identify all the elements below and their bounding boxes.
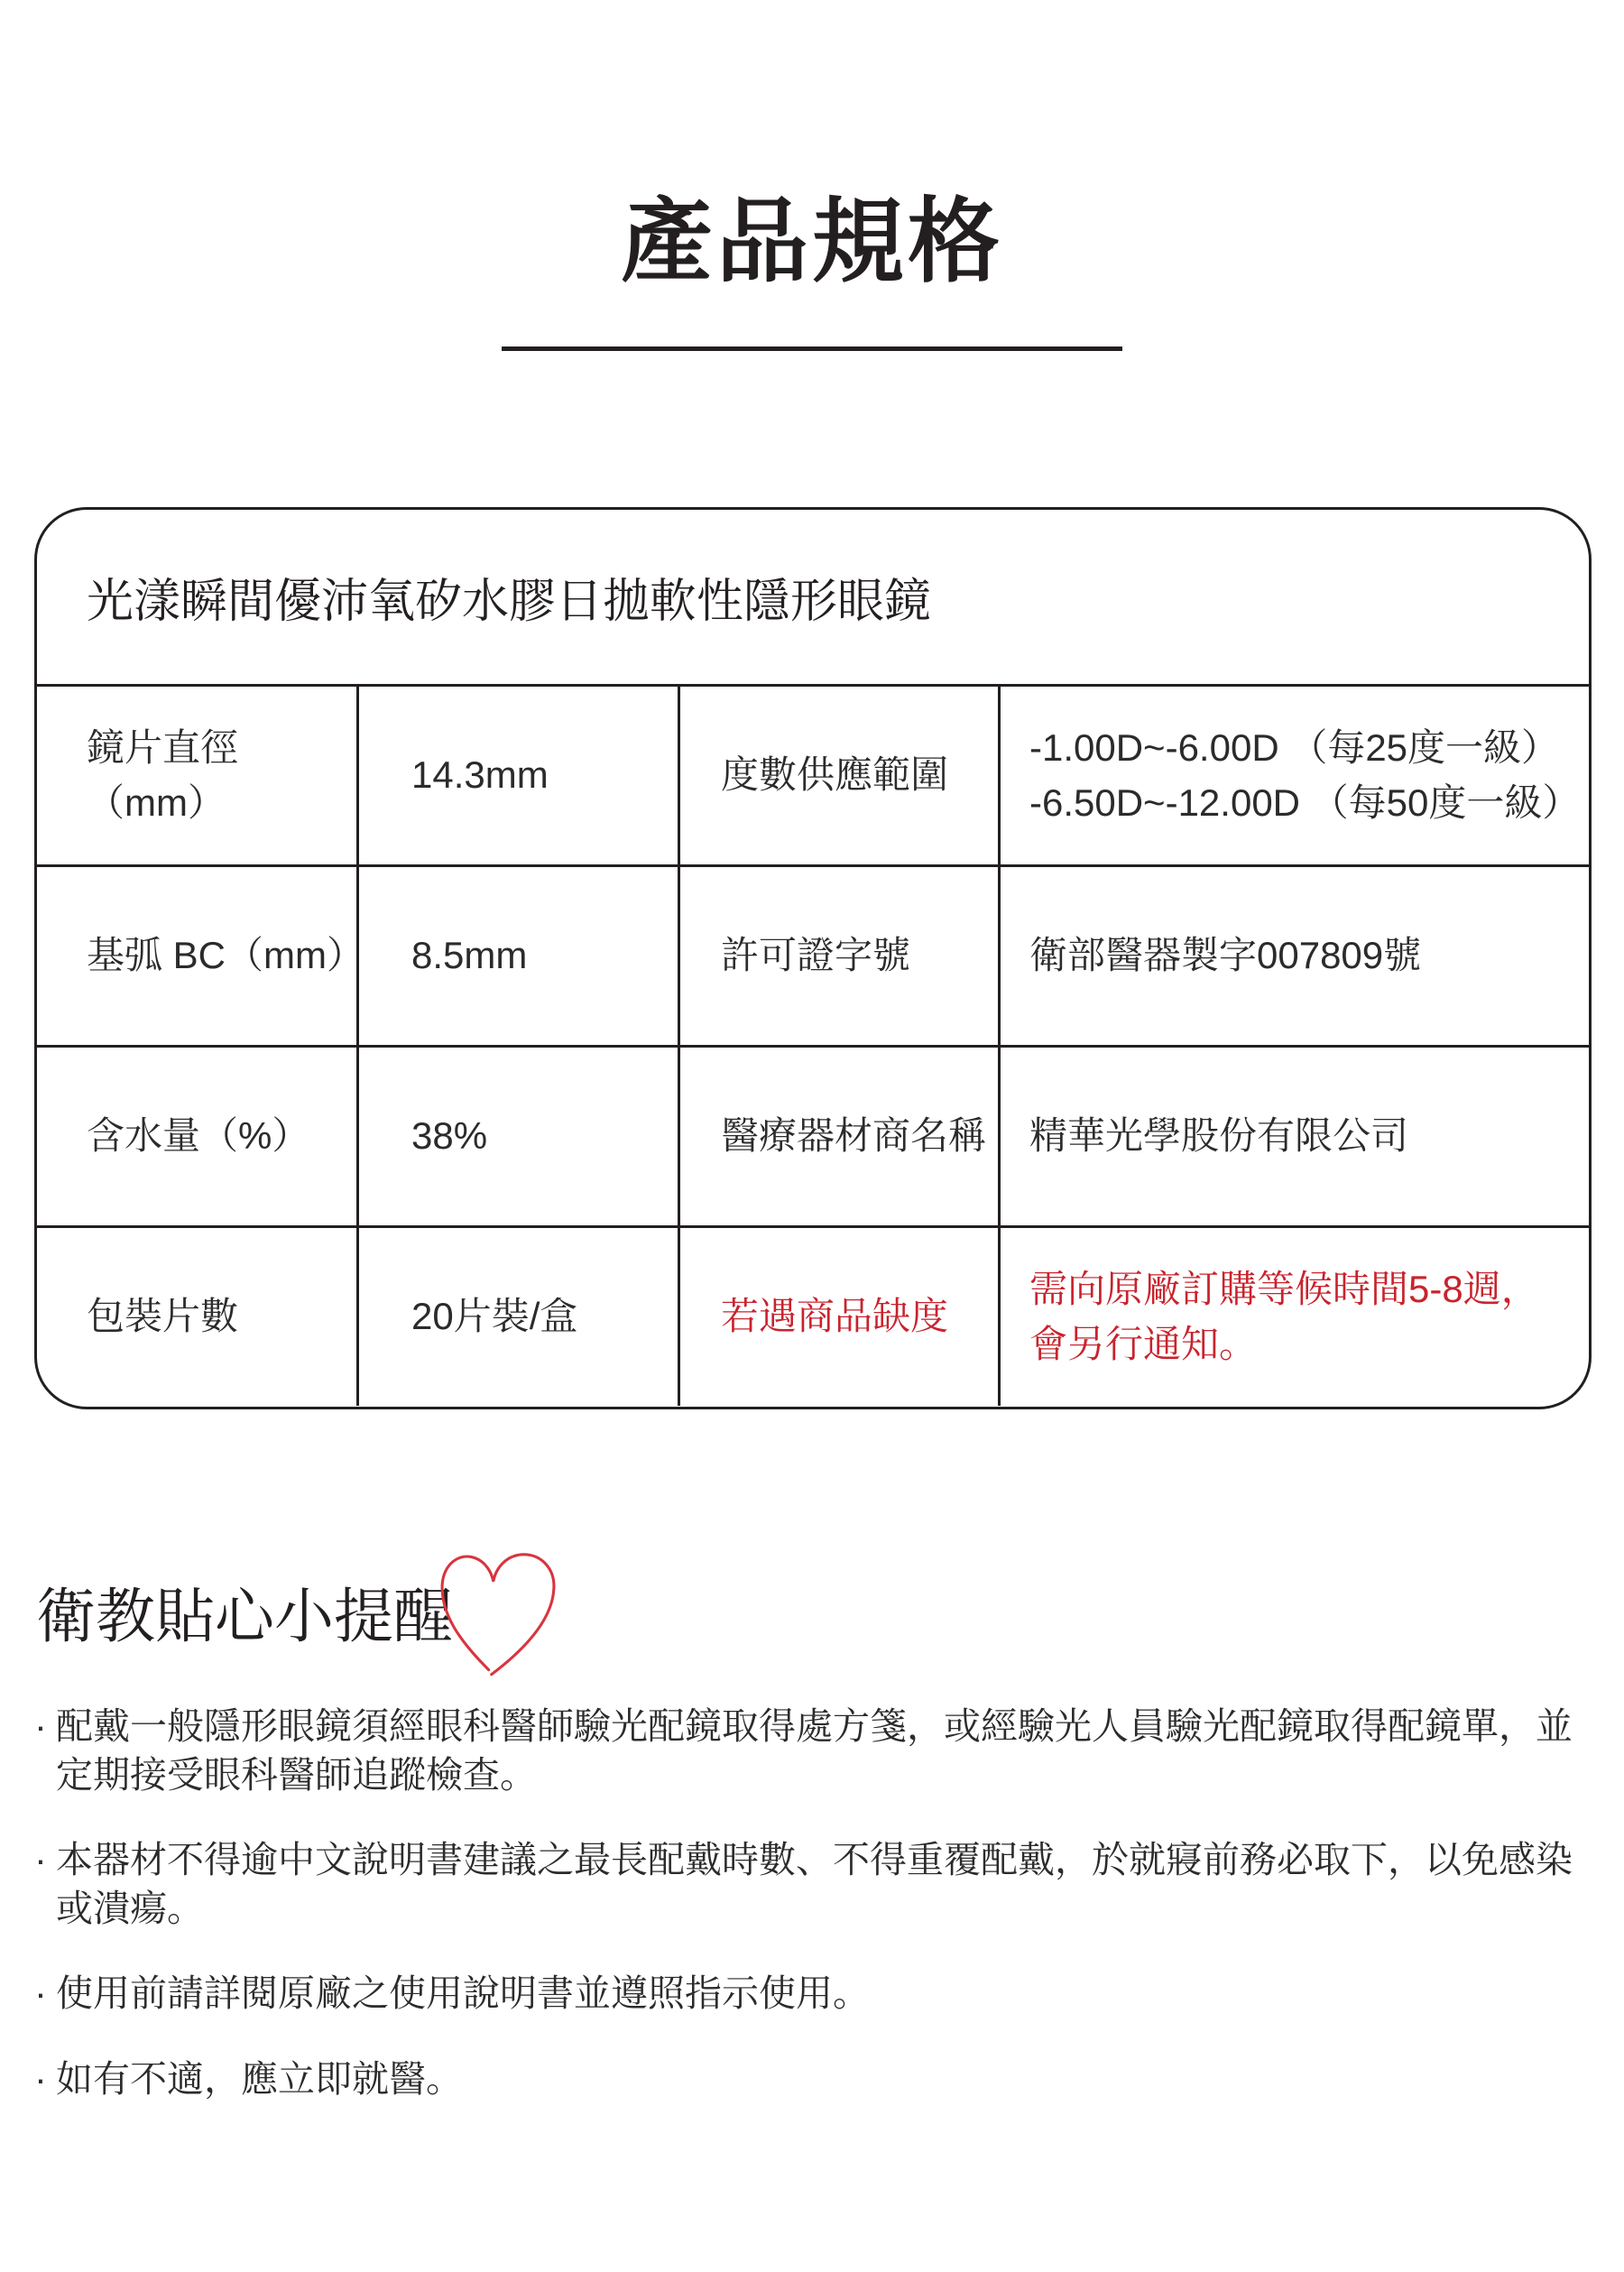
row-label-2: 許可證字號: [678, 864, 998, 1045]
bullet-text: 如有不適，應立即就醫。: [56, 2055, 1604, 2103]
row-value-1: 20片裝/盒: [356, 1225, 678, 1406]
table-row: 鏡片直徑（mm） 14.3mm 度數供應範圍 -1.00D~-6.00D （每2…: [37, 684, 1589, 864]
list-item: · 本器材不得逾中文說明書建議之最長配戴時數、不得重覆配戴，於就寢前務必取下，以…: [25, 1835, 1604, 1933]
table-row: 包裝片數 20片裝/盒 若遇商品缺度 需向原廠訂購等候時間5-8週，會另行通知。: [37, 1225, 1589, 1406]
row-value-1: 14.3mm: [356, 684, 678, 864]
value-line: -6.50D~-12.00D （每50度一級）: [1029, 776, 1571, 831]
reminder-heading: 衛教貼心小提醒: [36, 1581, 453, 1652]
value-line: -1.00D~-6.00D （每25度一級）: [1029, 721, 1571, 776]
spec-table-body: 鏡片直徑（mm） 14.3mm 度數供應範圍 -1.00D~-6.00D （每2…: [37, 684, 1589, 1406]
spec-table: 光漾瞬間優沛氧矽水膠日拋軟性隱形眼鏡 鏡片直徑（mm） 14.3mm 度數供應範…: [34, 507, 1592, 1409]
row-label-1: 基弧 BC（mm）: [37, 864, 356, 1045]
list-item: · 如有不適，應立即就醫。: [25, 2055, 1604, 2103]
title-underline: [502, 346, 1122, 351]
row-value-2: 衛部醫器製字007809號: [998, 864, 1589, 1045]
row-value-2: -1.00D~-6.00D （每25度一級）-6.50D~-12.00D （每5…: [998, 684, 1589, 864]
value-line: 需向原廠訂購等候時間5-8週，: [1029, 1262, 1571, 1317]
value-line: 會另行通知。: [1029, 1317, 1571, 1372]
bullet-glyph: ·: [25, 1835, 56, 1884]
row-label-2: 若遇商品缺度: [678, 1225, 998, 1406]
list-item: · 配戴一般隱形眼鏡須經眼科醫師驗光配鏡取得處方箋，或經驗光人員驗光配鏡取得配鏡…: [25, 1702, 1604, 1799]
reminder-bullet-list: · 配戴一般隱形眼鏡須經眼科醫師驗光配鏡取得處方箋，或經驗光人員驗光配鏡取得配鏡…: [25, 1702, 1604, 2139]
value-line: 衛部醫器製字007809號: [1029, 928, 1571, 984]
bullet-glyph: ·: [25, 1702, 56, 1750]
row-value-2: 精華光學股份有限公司: [998, 1045, 1589, 1225]
list-item: · 使用前請詳閱原廠之使用說明書並遵照指示使用。: [25, 1969, 1604, 2018]
row-label-1: 鏡片直徑（mm）: [37, 684, 356, 864]
bullet-text: 本器材不得逾中文說明書建議之最長配戴時數、不得重覆配戴，於就寢前務必取下，以免感…: [56, 1835, 1604, 1933]
row-value-1: 8.5mm: [356, 864, 678, 1045]
table-row: 基弧 BC（mm） 8.5mm 許可證字號 衛部醫器製字007809號: [37, 864, 1589, 1045]
bullet-text: 使用前請詳閱原廠之使用說明書並遵照指示使用。: [56, 1969, 1604, 2018]
row-value-2: 需向原廠訂購等候時間5-8週，會另行通知。: [998, 1225, 1589, 1406]
bullet-glyph: ·: [25, 2055, 56, 2103]
row-label-1: 含水量（%）: [37, 1045, 356, 1225]
row-label-1: 包裝片數: [37, 1225, 356, 1406]
product-name-header: 光漾瞬間優沛氧矽水膠日拋軟性隱形眼鏡: [37, 510, 1589, 684]
row-label-2: 度數供應範圍: [678, 684, 998, 864]
value-line: 精華光學股份有限公司: [1029, 1109, 1571, 1164]
row-value-1: 38%: [356, 1045, 678, 1225]
heart-outline-icon: [433, 1529, 567, 1682]
table-row: 含水量（%） 38% 醫療器材商名稱 精華光學股份有限公司: [37, 1045, 1589, 1225]
product-spec-page: 產品規格 光漾瞬間優沛氧矽水膠日拋軟性隱形眼鏡 鏡片直徑（mm） 14.3mm …: [0, 0, 1624, 2272]
row-label-2: 醫療器材商名稱: [678, 1045, 998, 1225]
bullet-text: 配戴一般隱形眼鏡須經眼科醫師驗光配鏡取得處方箋，或經驗光人員驗光配鏡取得配鏡單，…: [56, 1702, 1604, 1799]
page-title: 產品規格: [0, 191, 1624, 292]
bullet-glyph: ·: [25, 1969, 56, 2018]
